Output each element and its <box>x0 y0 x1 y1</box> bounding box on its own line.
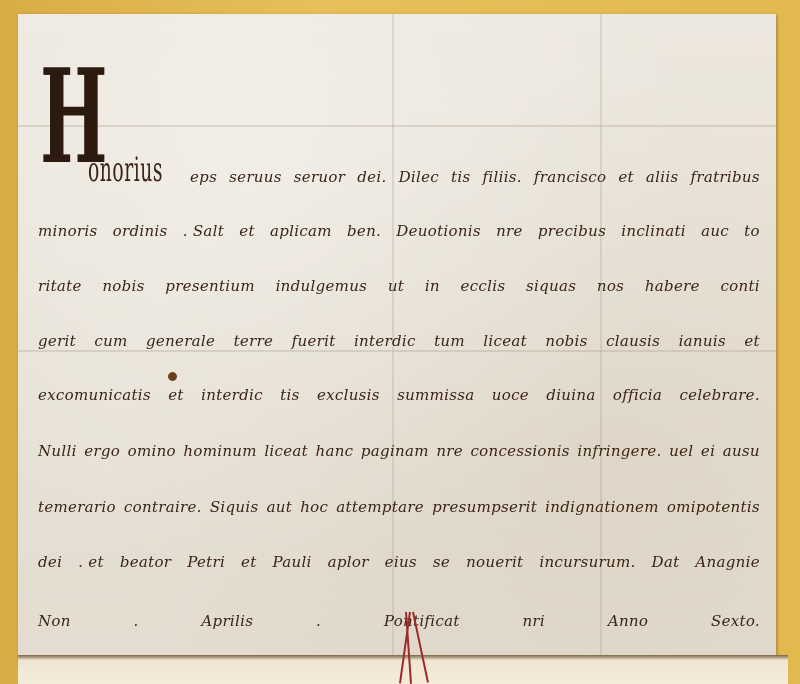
word: seruus <box>229 168 282 186</box>
word: indignationem <box>545 498 659 516</box>
text-line-6: Nulli ergo omino hominum liceat hanc pag… <box>38 442 760 460</box>
word: auc <box>701 222 729 240</box>
word: tis <box>451 168 470 186</box>
word: ergo <box>84 442 120 460</box>
word: se <box>433 553 450 571</box>
word: concessionis <box>470 442 569 460</box>
word: attemptare <box>336 498 424 516</box>
word: interdic <box>354 332 416 350</box>
word: in <box>425 277 440 295</box>
word: . <box>134 612 139 630</box>
word: liceat <box>264 442 308 460</box>
word: omipotentis <box>667 498 760 516</box>
word: nobis <box>545 332 587 350</box>
word: nre <box>436 442 463 460</box>
word: nre <box>496 222 523 240</box>
word: inclinati <box>621 222 686 240</box>
word: ei <box>701 442 715 460</box>
text-line-9: Non . Aprilis . Pontificat nri Anno Sext… <box>38 612 760 630</box>
word: aplor <box>328 553 369 571</box>
text-line-1: eps seruus seruor dei. Dilec tis filiis.… <box>190 168 760 186</box>
text-line-7: temerario contraire. Siquis aut hoc atte… <box>38 498 760 516</box>
word: Nulli <box>38 442 77 460</box>
word: summissa <box>397 386 474 404</box>
word: clausis <box>606 332 660 350</box>
word: . Salt <box>183 222 224 240</box>
word: ecclis <box>461 277 506 295</box>
word: celebrare. <box>679 386 759 404</box>
word: minoris <box>38 222 97 240</box>
word: presentium <box>165 277 255 295</box>
word: francisco <box>534 168 606 186</box>
word: to <box>744 222 760 240</box>
word: indulgemus <box>276 277 368 295</box>
word: dei <box>38 553 62 571</box>
word: nobis <box>102 277 144 295</box>
word: infringere. <box>577 442 661 460</box>
word: filiis. <box>483 168 522 186</box>
text-line-5: excomunicatis et interdic tis exclusis s… <box>38 386 760 404</box>
word: Anno <box>608 612 648 630</box>
fold-crease-horizontal <box>18 350 776 352</box>
word: temerario <box>38 498 116 516</box>
word: fuerit <box>292 332 336 350</box>
word: Sexto. <box>711 612 760 630</box>
word: nouerit <box>466 553 523 571</box>
word: gerit <box>38 332 76 350</box>
word: ben. <box>347 222 381 240</box>
word: interdic <box>201 386 263 404</box>
word: Non <box>38 612 71 630</box>
text-line-2: minoris ordinis . Salt et aplicam ben. D… <box>38 222 760 240</box>
word: cum <box>94 332 127 350</box>
word: hoc <box>300 498 328 516</box>
word: seruor <box>294 168 345 186</box>
text-line-3: ritate nobis presentium indulgemus ut in… <box>38 277 760 295</box>
word: precibus <box>538 222 606 240</box>
word: omino <box>128 442 176 460</box>
word: ritate <box>38 277 82 295</box>
word: paginam <box>361 442 429 460</box>
word: aut <box>267 498 293 516</box>
word: nos <box>597 277 624 295</box>
word: . et <box>78 553 104 571</box>
word: ordinis <box>113 222 168 240</box>
word: ausu <box>723 442 760 460</box>
word: liceat <box>483 332 527 350</box>
word: fratribus <box>691 168 760 186</box>
word: Pauli <box>273 553 312 571</box>
word: et <box>744 332 760 350</box>
word: et <box>618 168 634 186</box>
word: contraire. <box>124 498 202 516</box>
word: beator <box>120 553 171 571</box>
word: et <box>168 386 184 404</box>
word: diuina <box>546 386 595 404</box>
word: et <box>239 222 255 240</box>
word: eps <box>190 168 217 186</box>
word: Deuotionis <box>396 222 481 240</box>
word: Pontificat <box>384 612 460 630</box>
word: conti <box>720 277 759 295</box>
word: dei. <box>357 168 386 186</box>
word: Dilec <box>399 168 439 186</box>
word: tum <box>434 332 465 350</box>
word: generale <box>146 332 215 350</box>
word: Petri <box>187 553 225 571</box>
word: presumpserit <box>432 498 537 516</box>
word: hanc <box>316 442 354 460</box>
word: hominum <box>183 442 256 460</box>
word: Anagnie <box>695 553 759 571</box>
word: exclusis <box>317 386 380 404</box>
word: Siquis <box>210 498 259 516</box>
word: officia <box>613 386 662 404</box>
text-line-4: gerit cum generale terre fuerit interdic… <box>38 332 760 350</box>
word: Aprilis <box>201 612 253 630</box>
word: et <box>241 553 257 571</box>
word: nri <box>522 612 545 630</box>
word: tis <box>280 386 299 404</box>
word: ianuis <box>679 332 726 350</box>
ink-blot <box>168 372 177 381</box>
word: habere <box>645 277 700 295</box>
word: eius <box>385 553 417 571</box>
word: uoce <box>492 386 529 404</box>
first-word: onorius <box>88 150 163 190</box>
fold-crease-horizontal <box>18 125 776 127</box>
word: terre <box>234 332 274 350</box>
word: aplicam <box>270 222 332 240</box>
word: incursurum. <box>539 553 635 571</box>
word: ut <box>388 277 404 295</box>
word: . <box>316 612 321 630</box>
word: siquas <box>526 277 576 295</box>
word: Dat <box>652 553 680 571</box>
word: excomunicatis <box>38 386 151 404</box>
word: uel <box>669 442 693 460</box>
word: aliis <box>646 168 679 186</box>
text-line-8: dei . et beator Petri et Pauli aplor eiu… <box>38 553 760 571</box>
